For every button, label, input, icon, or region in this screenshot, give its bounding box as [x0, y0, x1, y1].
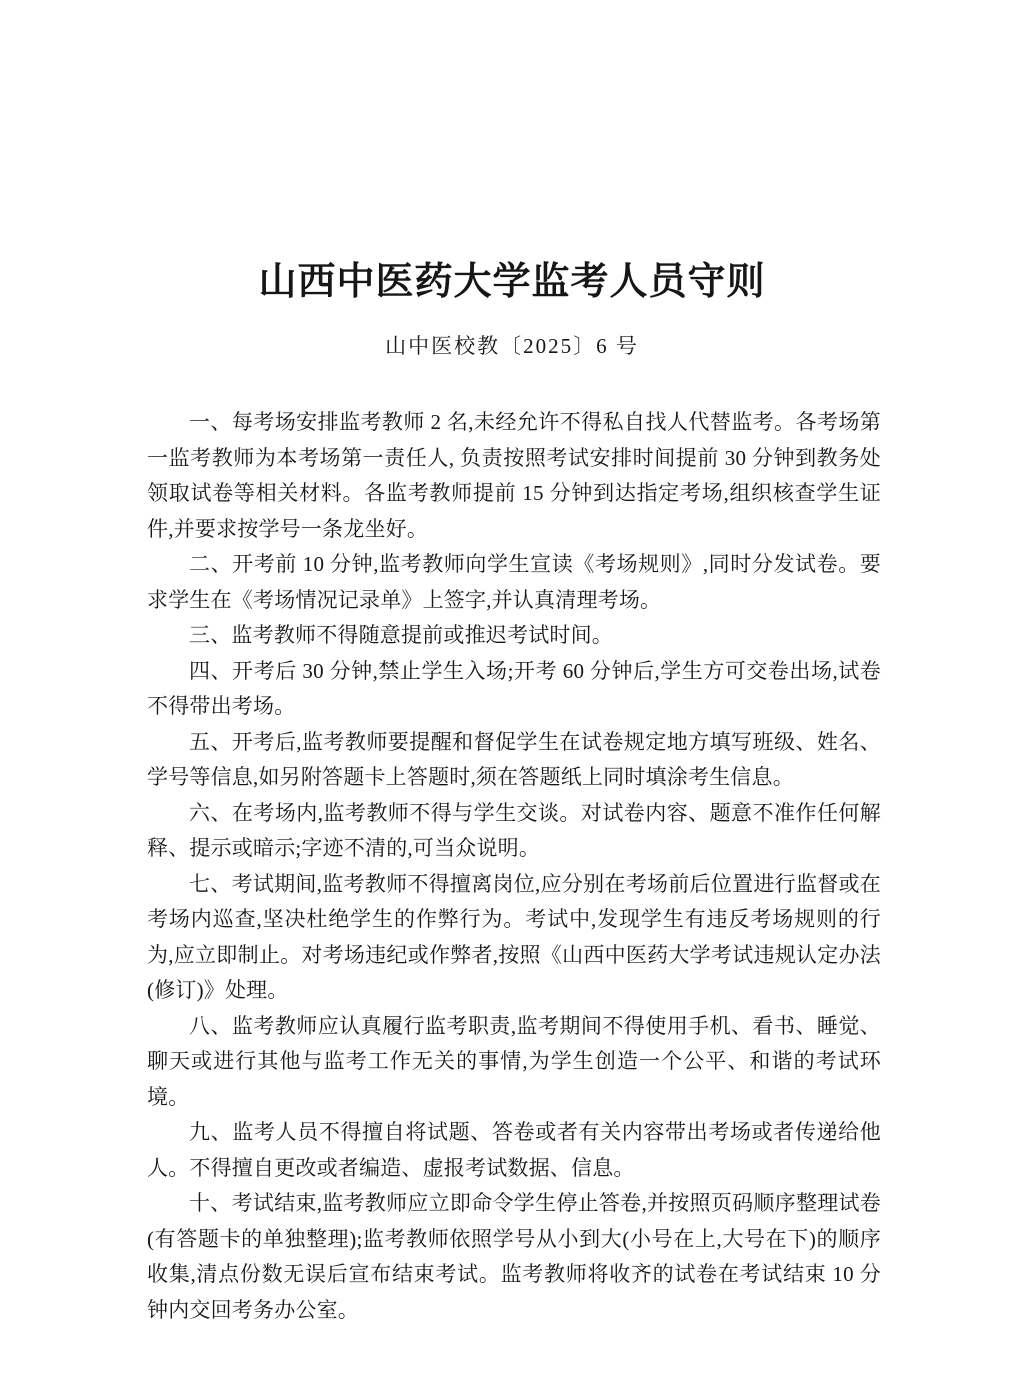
- rule-paragraph-10: 十、考试结束,监考教师应立即命令学生停止答卷,并按照页码顺序整理试卷(有答题卡的…: [147, 1186, 881, 1328]
- rule-paragraph-6: 六、在考场内,监考教师不得与学生交谈。对试卷内容、题意不准作任何解释、提示或暗示…: [147, 796, 881, 867]
- rule-paragraph-5: 五、开考后,监考教师要提醒和督促学生在试卷规定地方填写班级、姓名、学号等信息,如…: [147, 725, 881, 796]
- rule-paragraph-4: 四、开考后 30 分钟,禁止学生入场;开考 60 分钟后,学生方可交卷出场,试卷…: [147, 654, 881, 725]
- rule-paragraph-1: 一、每考场安排监考教师 2 名,未经允许不得私自找人代替监考。各考场第一监考教师…: [147, 405, 881, 547]
- rule-paragraph-8: 八、监考教师应认真履行监考职责,监考期间不得使用手机、看书、睡觉、聊天或进行其他…: [147, 1009, 881, 1116]
- rule-paragraph-3: 三、监考教师不得随意提前或推迟考试时间。: [147, 618, 881, 654]
- document-number: 山中医校教〔2025〕6 号: [144, 332, 880, 360]
- rule-paragraph-7: 七、考试期间,监考教师不得擅离岗位,应分别在考场前后位置进行监督或在考场内巡查,…: [147, 867, 881, 1009]
- document-title: 山西中医药大学监考人员守则: [140, 258, 884, 306]
- document-page: 山西中医药大学监考人员守则 山中医校教〔2025〕6 号 一、每考场安排监考教师…: [0, 0, 1024, 1379]
- rule-paragraph-9: 九、监考人员不得擅自将试题、答卷或者有关内容带出考场或者传递给他人。不得擅自更改…: [147, 1115, 881, 1186]
- rule-paragraph-2: 二、开考前 10 分钟,监考教师向学生宣读《考场规则》,同时分发试卷。要求学生在…: [147, 547, 881, 618]
- document-body: 一、每考场安排监考教师 2 名,未经允许不得私自找人代替监考。各考场第一监考教师…: [147, 405, 881, 1328]
